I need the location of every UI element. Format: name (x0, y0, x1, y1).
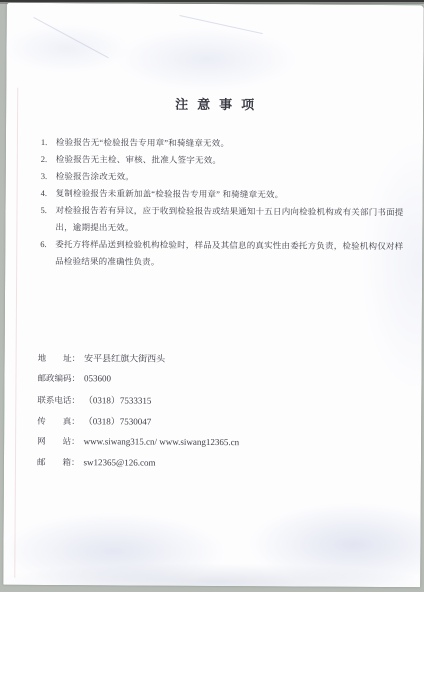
contact-value: www.siwang315.cn/ www.siwang12365.cn (84, 436, 240, 447)
notice-item: 6. 委托方将样品送到检验机构检验时，样品及其信息的真实性由委托方负责，检验机构… (40, 236, 392, 272)
item-number: 4. (41, 185, 56, 202)
page-title: 注意事项 (6, 93, 423, 115)
contact-row: 网 站： www.siwang315.cn/ www.siwang12365.c… (37, 435, 421, 458)
contact-row: 地 址： 安平县红旗大街西头 (38, 351, 422, 374)
contact-section: 地 址： 安平县红旗大街西头 邮政编码： 053600 联系电话： （0318）… (4, 351, 422, 480)
item-text: 委托方将样品送到检验机构检验时，样品及其信息的真实性由委托方负责，检验机构仅对样… (55, 236, 403, 272)
item-number: 1. (41, 134, 56, 151)
scanned-document-view: 注意事项 1. 检验报告无“检验报告专用章”和骑缝章无效。 2. 检验报告无主检… (0, 0, 424, 700)
notice-item: 4. 复制检验报告未重新加盖“检验报告专用章” 和骑缝章无效。 (41, 185, 393, 204)
contact-label: 邮政编码： (37, 372, 80, 384)
contact-row: 联系电话： （0318）7533315 (37, 393, 421, 416)
text-line: 委托方将样品送到检验机构检验时，样品及其信息的真实性由委托方负责，检验机构仅对样 (55, 236, 403, 255)
text-line: 检验报告无主检、审核、批准人签字无效。 (56, 151, 393, 170)
text-line: 出，逾期提出无效。 (55, 219, 403, 238)
item-text: 检验报告涂改无效。 (56, 168, 393, 187)
contact-value: （0318）7530047 (84, 414, 152, 427)
contact-value: sw12365@126.com (83, 457, 155, 467)
item-text: 检验报告无“检验报告专用章”和骑缝章无效。 (56, 134, 393, 153)
item-number: 3. (41, 168, 56, 185)
item-number: 6. (40, 236, 55, 253)
scan-artifact-crease (180, 15, 263, 34)
text-line: 复制检验报告未重新加盖“检验报告专用章” 和骑缝章无效。 (56, 185, 393, 204)
contact-label: 邮 箱： (37, 456, 80, 468)
contact-label: 传 真： (37, 415, 80, 427)
contact-value: 安平县红旗大街西头 (84, 351, 165, 364)
contact-label: 网 站： (37, 435, 80, 447)
notice-item: 5. 对检验报告若有异议，应于收到检验报告或结果通知十五日内向检验机构或有关部门… (40, 202, 392, 238)
item-text: 复制检验报告未重新加盖“检验报告专用章” 和骑缝章无效。 (56, 185, 393, 204)
contact-value: 053600 (84, 373, 111, 383)
item-number: 2. (41, 151, 56, 168)
item-number: 5. (40, 202, 55, 219)
text-line: 检验报告无“检验报告专用章”和骑缝章无效。 (56, 134, 393, 153)
contact-row: 传 真： （0318）7530047 (37, 414, 421, 437)
scan-artifact-crease (33, 17, 108, 58)
notice-item: 3. 检验报告涂改无效。 (41, 168, 393, 187)
item-text: 对检验报告若有异议，应于收到检验报告或结果通知十五日内向检验机构或有关部门书面提… (55, 202, 403, 238)
text-line: 品检验结果的准确性负责。 (55, 253, 403, 272)
contact-value: （0318）7533315 (84, 393, 152, 406)
text-line: 检验报告涂改无效。 (56, 168, 393, 187)
contact-row: 邮 箱： sw12365@126.com (37, 456, 421, 479)
text-line: 对检验报告若有异议，应于收到检验报告或结果通知十五日内向检验机构或有关部门书面提 (55, 202, 403, 221)
contact-label: 联系电话： (37, 394, 80, 406)
document-page: 注意事项 1. 检验报告无“检验报告专用章”和骑缝章无效。 2. 检验报告无主检… (3, 3, 424, 588)
notice-item: 2. 检验报告无主检、审核、批准人签字无效。 (41, 151, 393, 170)
item-text: 检验报告无主检、审核、批准人签字无效。 (56, 151, 393, 170)
notice-list: 1. 检验报告无“检验报告专用章”和骑缝章无效。 2. 检验报告无主检、审核、批… (5, 134, 423, 273)
notice-item: 1. 检验报告无“检验报告专用章”和骑缝章无效。 (41, 134, 393, 153)
contact-label: 地 址： (38, 352, 81, 364)
contact-row: 邮政编码： 053600 (37, 372, 421, 395)
